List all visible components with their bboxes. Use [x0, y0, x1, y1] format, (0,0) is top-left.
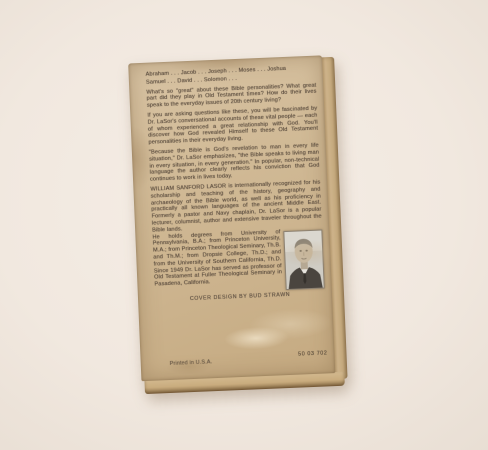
intro-paragraph: What's so "great" about these Bible pers…: [146, 82, 317, 109]
back-cover: Abraham . . . Jacob . . . Joseph . . . M…: [128, 55, 335, 381]
back-cover-text: Abraham . . . Jacob . . . Joseph . . . M…: [128, 55, 335, 381]
author-bio-part2-block: He holds degrees from University of Penn…: [152, 227, 324, 288]
questions-paragraph: If you are asking questions like these, …: [147, 106, 318, 147]
quote-paragraph: "Because the Bible is God's revelation t…: [149, 143, 320, 184]
author-bio-part1: WILLIAM SANFORD LASOR is internationally…: [150, 179, 322, 234]
photo-scene: Abraham . . . Jacob . . . Joseph . . . M…: [0, 0, 488, 450]
paperback-book-back-cover: Abraham . . . Jacob . . . Joseph . . . M…: [128, 55, 349, 394]
cover-design-credit: COVER DESIGN BY BUD STRAWN: [155, 290, 325, 304]
author-portrait-photo: [283, 229, 324, 290]
stock-number-imprint: 50 03 702: [298, 350, 328, 357]
author-portrait-illustration: [284, 230, 323, 288]
